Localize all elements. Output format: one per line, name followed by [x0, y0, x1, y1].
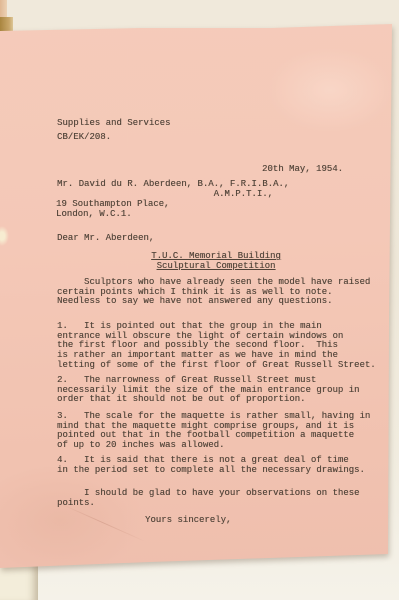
intro-paragraph: Sculptors who have already seen the mode… [57, 278, 370, 307]
numbered-point-2: 2. The narrowness of Great Russell Stree… [57, 376, 359, 405]
salutation-line: Dear Mr. Aberdeen, [57, 234, 154, 244]
punch-hole [0, 226, 9, 246]
subject-heading: T.U.C. Memorial Building Sculptural Comp… [57, 252, 375, 271]
recipient-address: 19 Southampton Place, London, W.C.1. [56, 200, 169, 219]
numbered-point-1: 1. It is pointed out that the group in t… [57, 322, 376, 371]
paper-crease [59, 503, 146, 543]
department-and-reference: Supplies and Services CB/EK/208. [57, 116, 170, 144]
date-line: 20th May, 1954. [262, 165, 343, 175]
subject-line-2: Sculptural Competition [157, 261, 276, 271]
letter-paper: Supplies and Services CB/EK/208. 20th Ma… [0, 0, 399, 600]
subject-line-1: T.U.C. Memorial Building [151, 251, 281, 261]
numbered-point-3: 3. The scale for the maquette is rather … [57, 412, 370, 451]
numbered-point-4: 4. It is said that there is not a great … [57, 456, 365, 475]
department-label: Supplies and Services [57, 118, 170, 128]
signoff-line: Yours sincerely, [145, 516, 231, 526]
reference-number: CB/EK/208. [57, 132, 111, 142]
letter-paper-shadow: Supplies and Services CB/EK/208. 20th Ma… [0, 0, 399, 600]
closing-paragraph: I should be glad to have your observatio… [57, 489, 359, 508]
recipient-name: Mr. David du R. Aberdeen, B.A., F.R.I.B.… [57, 179, 289, 199]
scanned-letter-photo: Supplies and Services CB/EK/208. 20th Ma… [0, 0, 399, 600]
